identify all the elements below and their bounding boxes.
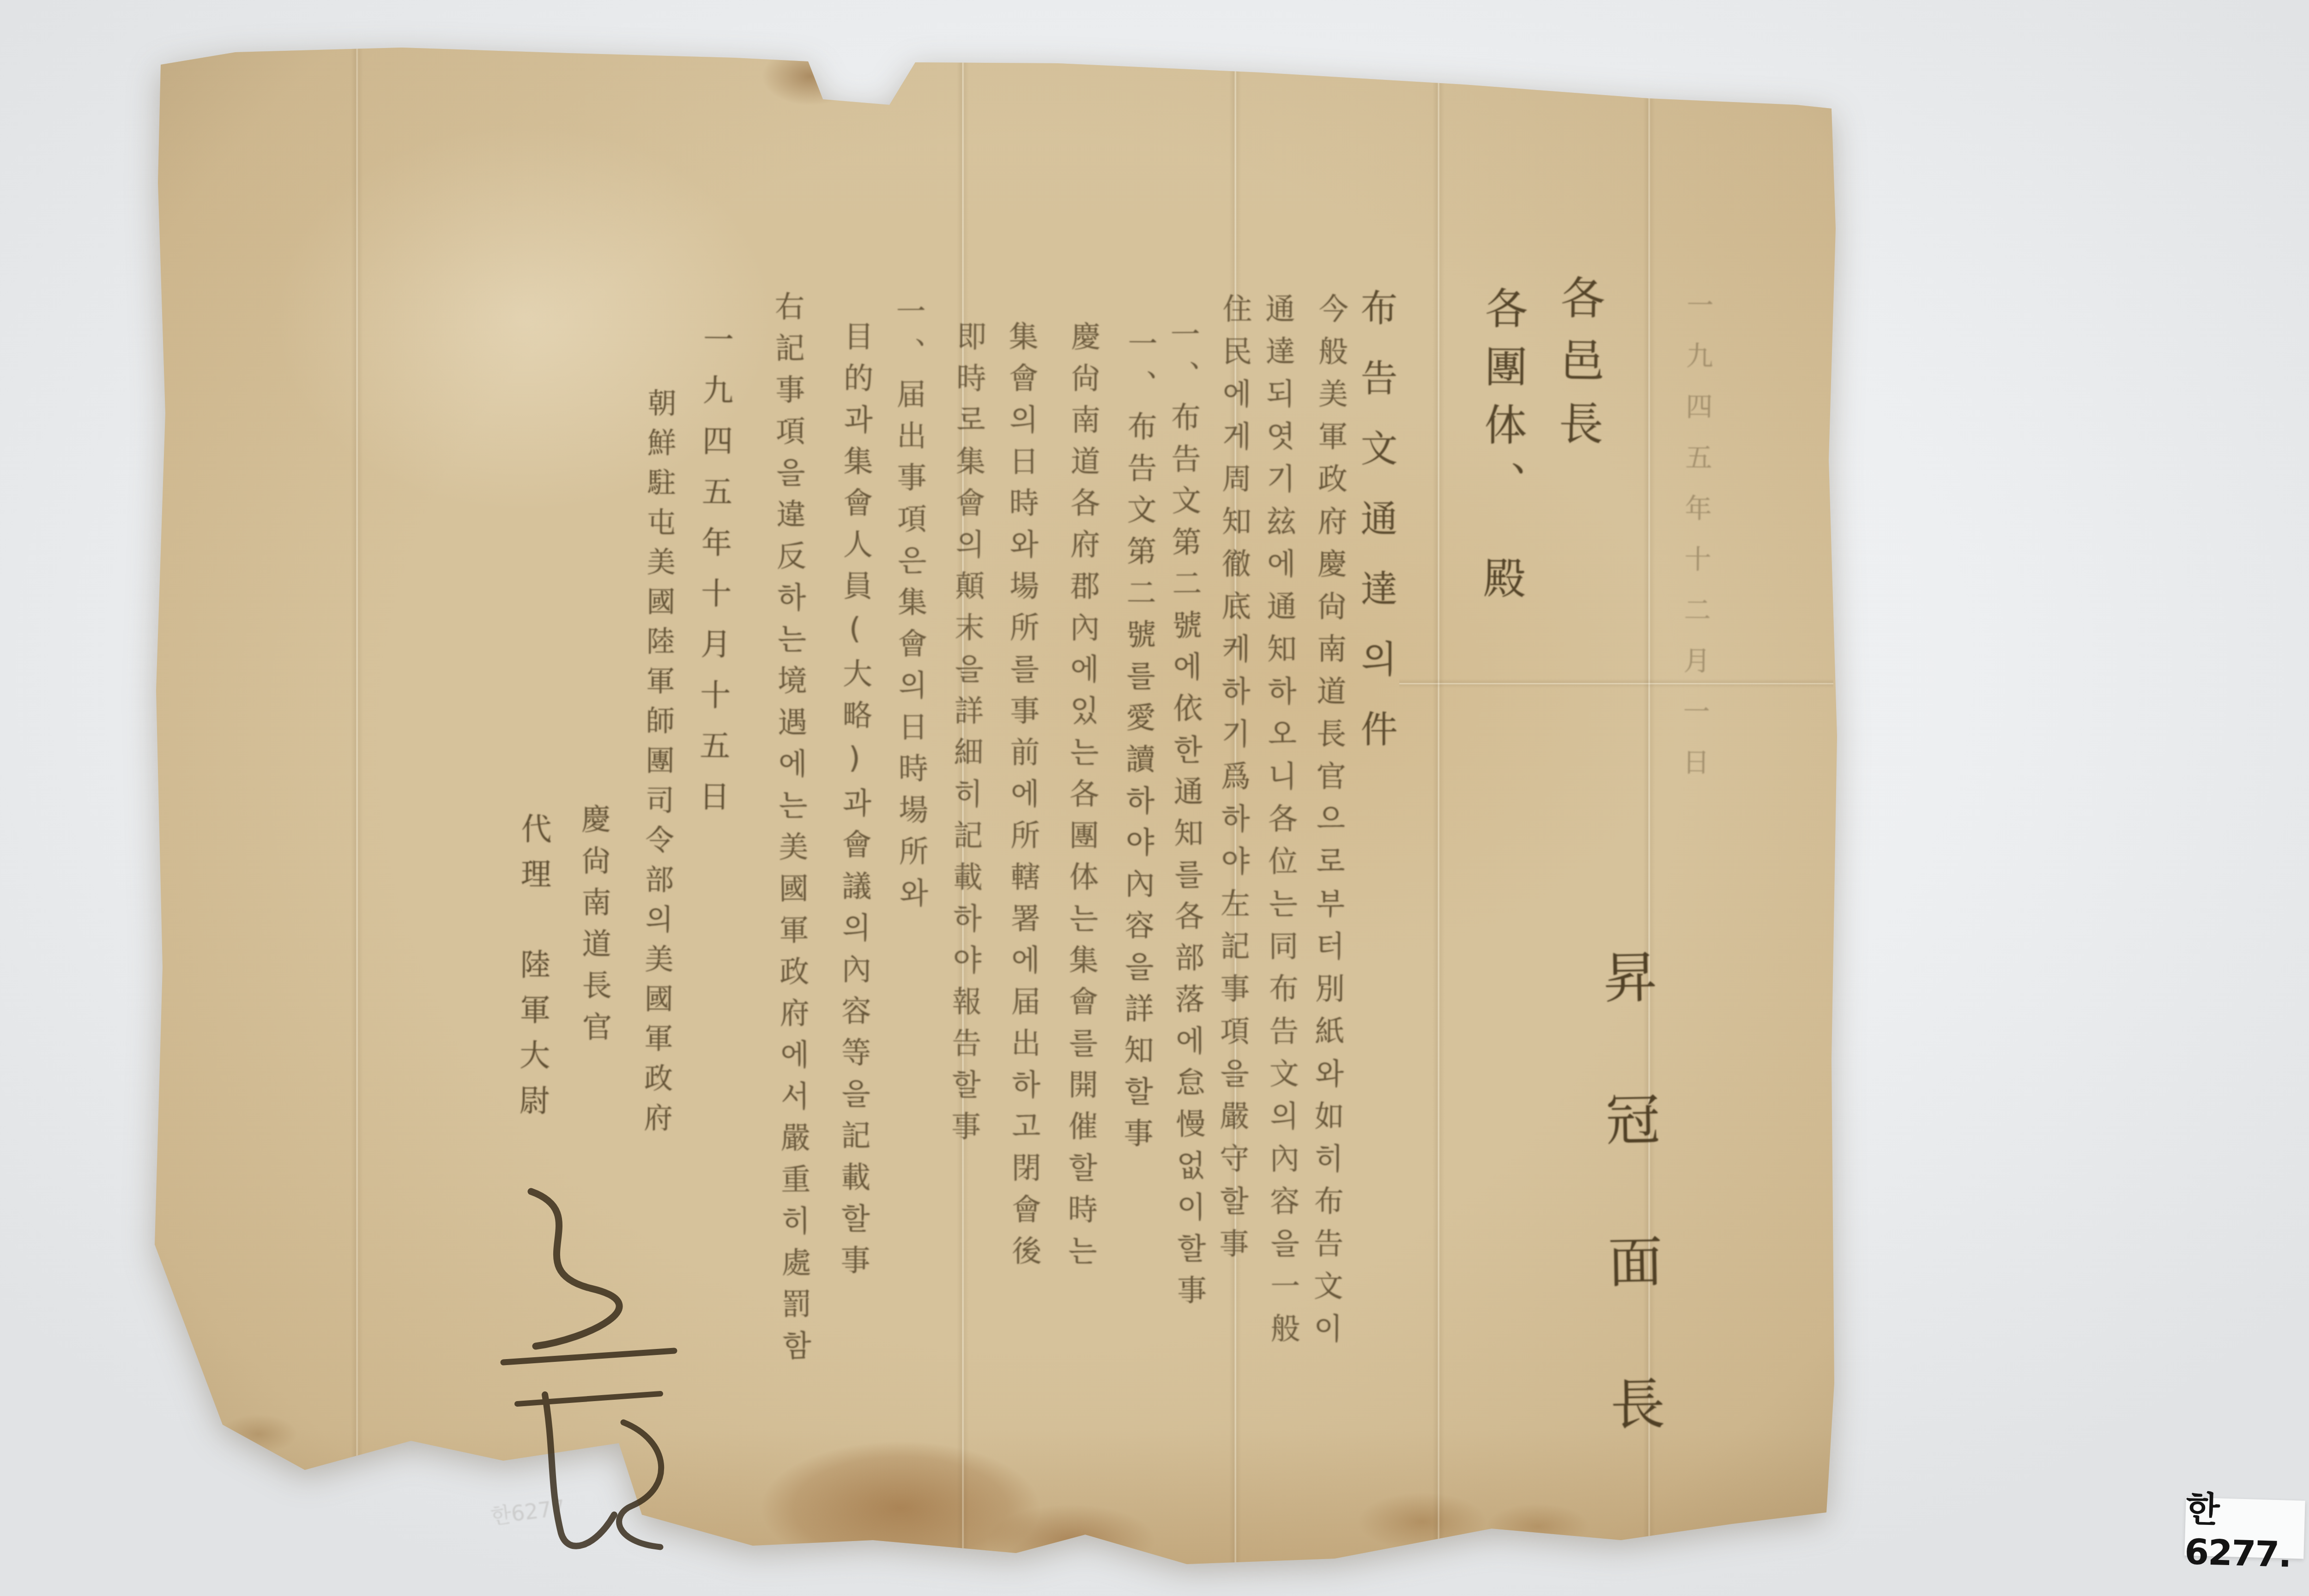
col-body-7: 集會의日時와場所를事前에所轄署에届出하고閉會後: [999, 321, 1045, 1277]
photo-background: 一九四五年十二月一日昇冠面長各邑長各團体、 殿布告文通達의件今般美軍政府慶尙南道…: [0, 0, 2309, 1596]
col-body-4: 一、布告文第二號에依한通知를各部落에怠慢없이할事: [1161, 319, 1210, 1317]
col-title: 布告文通達의件: [1349, 289, 1402, 780]
col-sender-2: 慶尙南道長官: [572, 804, 616, 1053]
col-body-1: 今般美軍政府慶尙南道長官으로부터別紙와如히布告文이: [1304, 293, 1352, 1355]
col-body-2: 通達되엿기玆에通知하오니各位는同布告文의內容을一般: [1256, 293, 1304, 1355]
col-body-9: 一、届出事項은集會의日時場所와: [887, 296, 932, 919]
col-sender-3: 代理 陸軍大尉: [510, 813, 556, 1130]
col-body-6: 慶尙南道各府郡內에있는各團体는集會를開催할時는: [1058, 321, 1104, 1277]
col-sender-1: 朝鮮駐屯美國陸軍師團司令部의美國軍政府: [635, 388, 681, 1143]
col-body-3: 住民에게周知徹底케하기爲하야左記事項을嚴守할事: [1210, 293, 1256, 1270]
col-date: 一九四五年十月十五日: [689, 323, 738, 832]
col-body-11: 右記事項을違反하는境遇에는美國軍政府에서嚴重히處罰함: [766, 291, 816, 1372]
archive-label-text: 한6277.: [2184, 1481, 2305, 1575]
col-body-10: 目的과集會人員(大略)과會議의內容等을記載할事: [831, 321, 877, 1286]
col-addressee-2: 各團体、 殿: [1470, 286, 1534, 615]
archive-label: 한6277.: [2184, 1497, 2305, 1559]
col-addressee-1: 各邑長: [1546, 274, 1612, 464]
manuscript-text-layer: 一九四五年十二月一日昇冠面長各邑長各團体、 殿布告文通達의件今般美軍政府慶尙南道…: [0, 0, 2309, 1596]
col-body-5: 一、布告文第二號를愛讀하야內容을詳知할事: [1114, 328, 1161, 1159]
col-recipient-annotation: 昇冠面長: [1586, 949, 1674, 1519]
col-date-annotation: 一九四五年十二月一日: [1674, 291, 1717, 799]
col-body-8: 即時로集會의顛末을詳細히記載하야報告할事: [942, 321, 991, 1153]
